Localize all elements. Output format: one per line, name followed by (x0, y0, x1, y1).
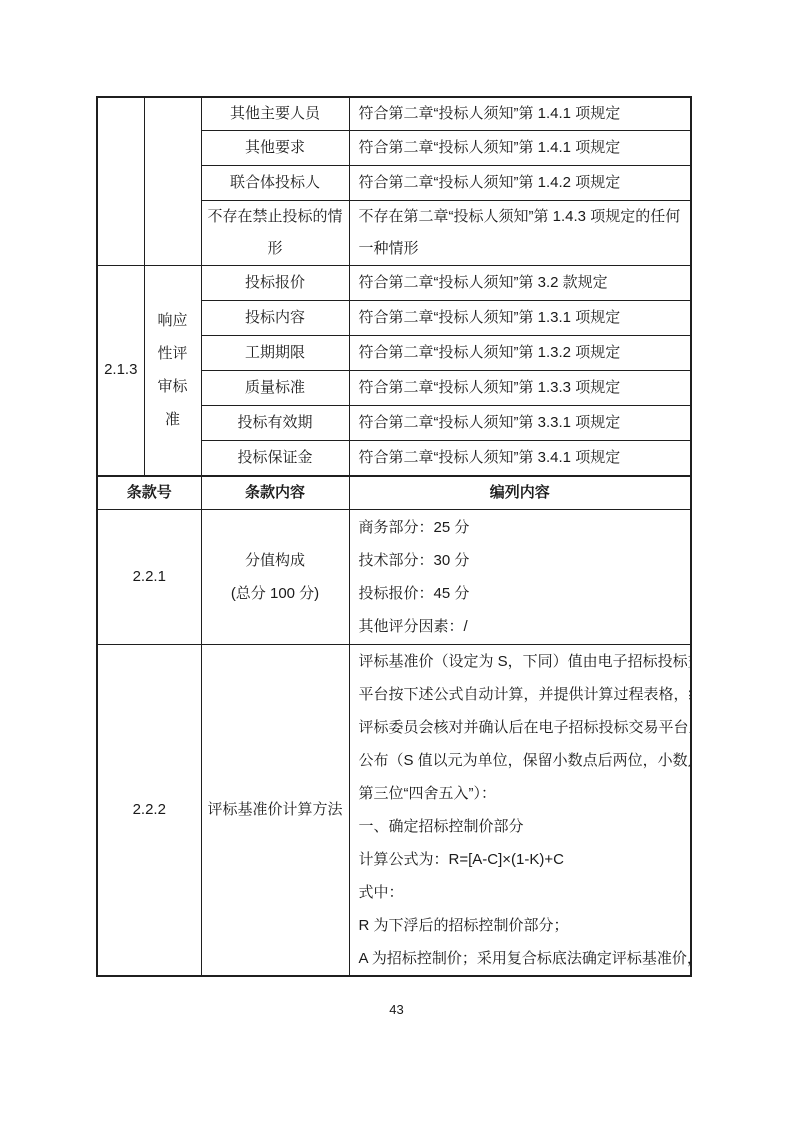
content-line: 计算公式为：R=[A-C]×(1-K)+C (359, 843, 682, 876)
content-line: 平台按下述公式自动计算，并提供计算过程表格，经 (359, 678, 682, 711)
criteria-cell: 质量标准 (201, 371, 349, 406)
content-line: 其他评分因素：/ (359, 610, 682, 643)
compiled-content-cell: 评标基准价（设定为 S，下同）值由电子招标投标交易 平台按下述公式自动计算，并提… (349, 644, 691, 976)
standard-cell: 符合第二章“投标人须知”第 3.3.1 项规定 (349, 406, 691, 441)
document-page: 其他主要人员 符合第二章“投标人须知”第 1.4.1 项规定 其他要求 符合第二… (0, 0, 793, 1122)
content-line: 式中： (359, 876, 682, 909)
clause-no-cell: 2.1.3 (97, 266, 144, 476)
standard-cell: 符合第二章“投标人须知”第 3.4.1 项规定 (349, 441, 691, 476)
content-line: 商务部分：25 分 (359, 511, 682, 544)
header-clause-content: 条款内容 (201, 476, 349, 510)
criteria-cell: 投标报价 (201, 266, 349, 301)
criteria-cell: 工期期限 (201, 336, 349, 371)
standard-cell: 不存在第二章“投标人须知”第 1.4.3 项规定的任何一种情形 (349, 201, 691, 266)
content-line: A 为招标控制价；采用复合标底法确定评标基准价， (359, 942, 682, 975)
content-line: 第三位“四舍五入”）： (359, 777, 682, 810)
clause-content-cell: 分值构成 (总分 100 分) (201, 509, 349, 644)
clause-content-line: (总分 100 分) (206, 577, 345, 610)
clause-content-cell: 评标基准价计算方法 (201, 644, 349, 976)
clause-name-cell: 响应性评审标准 (144, 266, 201, 476)
page-number: 43 (0, 1002, 793, 1017)
clause-name-cell-empty (144, 97, 201, 266)
standard-cell: 符合第二章“投标人须知”第 1.4.1 项规定 (349, 131, 691, 166)
clause-content-line: 分值构成 (206, 544, 345, 577)
table-row: 2.2.2 评标基准价计算方法 评标基准价（设定为 S，下同）值由电子招标投标交… (97, 644, 691, 976)
criteria-cell: 其他主要人员 (201, 97, 349, 131)
criteria-cell: 联合体投标人 (201, 166, 349, 201)
clause-no-cell: 2.2.1 (97, 509, 201, 644)
content-line: 一、确定招标控制价部分 (359, 810, 682, 843)
standard-cell: 符合第二章“投标人须知”第 1.3.1 项规定 (349, 301, 691, 336)
criteria-cell: 投标内容 (201, 301, 349, 336)
standard-cell: 符合第二章“投标人须知”第 1.4.1 项规定 (349, 97, 691, 131)
content-line: 评标基准价（设定为 S，下同）值由电子招标投标交易 (359, 645, 682, 678)
standard-cell: 符合第二章“投标人须知”第 1.3.3 项规定 (349, 371, 691, 406)
content-line: 评标委员会核对并确认后在电子招标投标交易平台上 (359, 711, 682, 744)
table-row: 2.2.1 分值构成 (总分 100 分) 商务部分：25 分 技术部分：30 … (97, 509, 691, 644)
table-header-row: 条款号 条款内容 编列内容 (97, 476, 691, 510)
table-row: 2.1.3 响应性评审标准 投标报价 符合第二章“投标人须知”第 3.2 款规定 (97, 266, 691, 301)
content-line: R 为下浮后的招标控制价部分； (359, 909, 682, 942)
header-compiled-content: 编列内容 (349, 476, 691, 510)
standard-cell: 符合第二章“投标人须知”第 1.4.2 项规定 (349, 166, 691, 201)
criteria-cell: 不存在禁止投标的情形 (201, 201, 349, 266)
standard-cell: 符合第二章“投标人须知”第 1.3.2 项规定 (349, 336, 691, 371)
compiled-content-cell: 商务部分：25 分 技术部分：30 分 投标报价：45 分 其他评分因素：/ (349, 509, 691, 644)
header-clause-no: 条款号 (97, 476, 201, 510)
table-row: 其他主要人员 符合第二章“投标人须知”第 1.4.1 项规定 (97, 97, 691, 131)
criteria-cell: 投标有效期 (201, 406, 349, 441)
content-line: 投标报价：45 分 (359, 577, 682, 610)
criteria-cell: 其他要求 (201, 131, 349, 166)
clause-no-cell: 2.2.2 (97, 644, 201, 976)
evaluation-criteria-table: 其他主要人员 符合第二章“投标人须知”第 1.4.1 项规定 其他要求 符合第二… (96, 96, 692, 977)
criteria-cell: 投标保证金 (201, 441, 349, 476)
standard-cell: 符合第二章“投标人须知”第 3.2 款规定 (349, 266, 691, 301)
clause-no-cell-empty (97, 97, 144, 266)
content-line: 技术部分：30 分 (359, 544, 682, 577)
content-line: 公布（S 值以元为单位，保留小数点后两位，小数点后 (359, 744, 682, 777)
